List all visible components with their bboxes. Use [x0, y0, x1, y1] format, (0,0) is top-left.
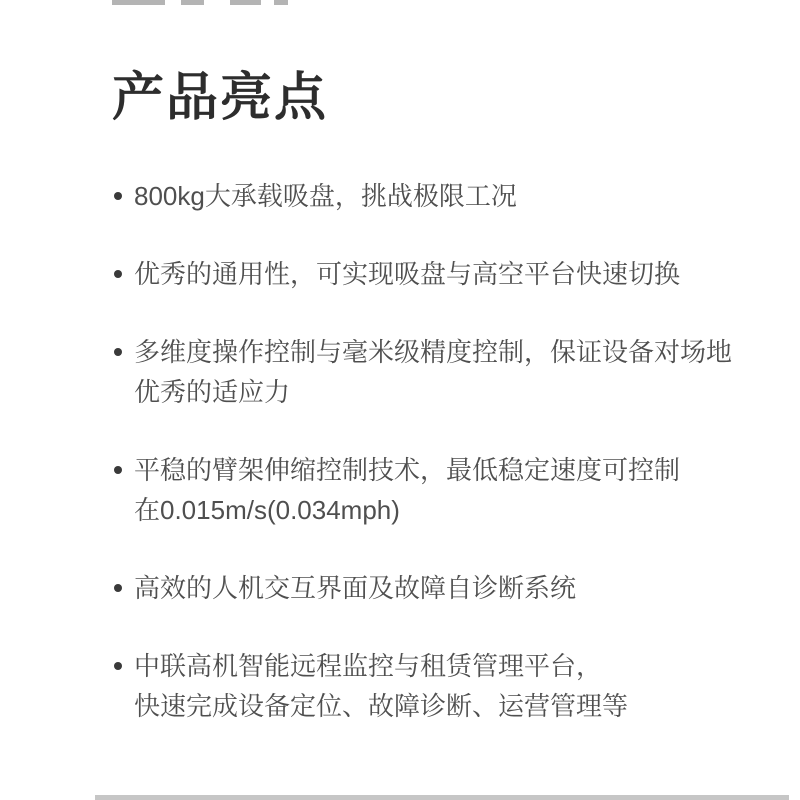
feature-text: 平稳的臂架伸缩控制技术，最低稳定速度可控制 在0.015m/s(0.034mph… — [134, 450, 732, 530]
feature-line: 在0.015m/s(0.034mph) — [134, 490, 732, 530]
page-title: 产品亮点 — [112, 66, 732, 130]
list-item: 中联高机智能远程监控与租赁管理平台， 快速完成设备定位、故障诊断、运营管理等 — [112, 646, 732, 726]
feature-line: 中联高机智能远程监控与租赁管理平台， — [134, 646, 732, 686]
content-area: 产品亮点 800kg大承载吸盘，挑战极限工况 优秀的通用性，可实现吸盘与高空平台… — [112, 66, 732, 726]
next-section-edge — [95, 795, 789, 800]
list-item: 平稳的臂架伸缩控制技术，最低稳定速度可控制 在0.015m/s(0.034mph… — [112, 450, 732, 530]
feature-line: 高效的人机交互界面及故障自诊断系统 — [134, 568, 732, 608]
bullet-dot-icon — [114, 192, 122, 200]
feature-text: 800kg大承载吸盘，挑战极限工况 — [134, 176, 732, 216]
top-cutoff-text-remnant — [230, 0, 261, 5]
bullet-dot-icon — [114, 662, 122, 670]
feature-text: 中联高机智能远程监控与租赁管理平台， 快速完成设备定位、故障诊断、运营管理等 — [134, 646, 732, 726]
feature-line: 优秀的适应力 — [134, 372, 732, 412]
feature-line: 平稳的臂架伸缩控制技术，最低稳定速度可控制 — [134, 450, 732, 490]
list-item: 800kg大承载吸盘，挑战极限工况 — [112, 176, 732, 216]
feature-line: 优秀的通用性，可实现吸盘与高空平台快速切换 — [134, 254, 732, 294]
bullet-dot-icon — [114, 584, 122, 592]
top-cutoff-text-remnant — [112, 0, 165, 5]
feature-list: 800kg大承载吸盘，挑战极限工况 优秀的通用性，可实现吸盘与高空平台快速切换 … — [112, 176, 732, 726]
feature-line: 多维度操作控制与毫米级精度控制，保证设备对场地 — [134, 332, 732, 372]
bullet-dot-icon — [114, 466, 122, 474]
list-item: 优秀的通用性，可实现吸盘与高空平台快速切换 — [112, 254, 732, 294]
feature-line: 快速完成设备定位、故障诊断、运营管理等 — [134, 686, 732, 726]
feature-text: 优秀的通用性，可实现吸盘与高空平台快速切换 — [134, 254, 732, 294]
top-cutoff-text-remnant — [274, 0, 288, 5]
bullet-dot-icon — [114, 348, 122, 356]
product-highlights-page: 产品亮点 800kg大承载吸盘，挑战极限工况 优秀的通用性，可实现吸盘与高空平台… — [0, 0, 800, 800]
top-cutoff-text-remnant — [181, 0, 204, 5]
list-item: 多维度操作控制与毫米级精度控制，保证设备对场地 优秀的适应力 — [112, 332, 732, 412]
feature-text: 多维度操作控制与毫米级精度控制，保证设备对场地 优秀的适应力 — [134, 332, 732, 412]
feature-text: 高效的人机交互界面及故障自诊断系统 — [134, 568, 732, 608]
feature-line: 800kg大承载吸盘，挑战极限工况 — [134, 176, 732, 216]
list-item: 高效的人机交互界面及故障自诊断系统 — [112, 568, 732, 608]
bullet-dot-icon — [114, 270, 122, 278]
